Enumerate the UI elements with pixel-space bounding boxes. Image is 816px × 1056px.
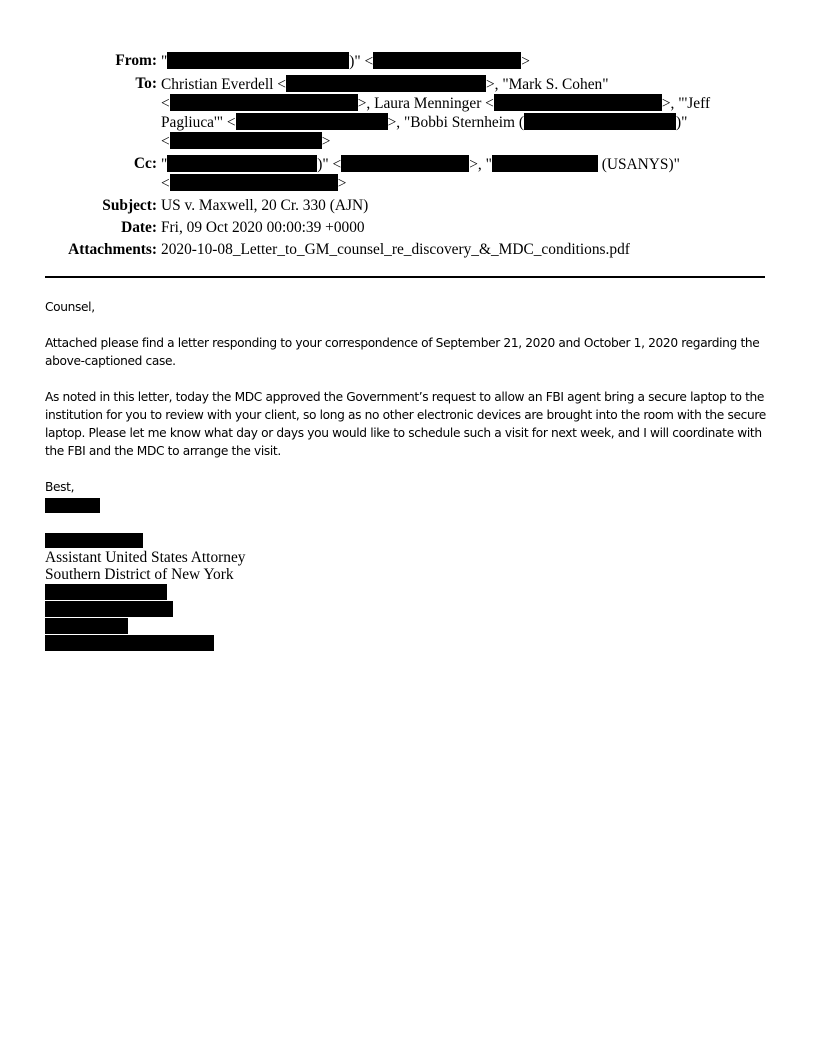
date-label: Date:	[0, 219, 161, 237]
email-body: Counsel, Attached please find a letter r…	[45, 298, 770, 496]
redaction	[286, 75, 486, 92]
redaction	[170, 94, 358, 111]
to-row: To: Christian Everdell <>, "Mark S. Cohe…	[0, 75, 816, 151]
redaction	[170, 132, 322, 149]
redaction	[373, 52, 521, 69]
redaction	[45, 584, 167, 600]
redaction	[341, 155, 469, 172]
from-label: From:	[0, 52, 161, 71]
subject-value: US v. Maxwell, 20 Cr. 330 (AJN)	[161, 197, 721, 215]
redaction	[524, 113, 676, 130]
from-row: From: ")" <>	[0, 52, 816, 71]
signature-office: Southern District of New York	[45, 567, 234, 583]
cc-label: Cc:	[0, 155, 161, 193]
from-value: ")" <>	[161, 52, 721, 71]
attachments-row: Attachments: 2020-10-08_Letter_to_GM_cou…	[0, 241, 816, 259]
attachments-label: Attachments:	[0, 241, 161, 259]
signature-title: Assistant United States Attorney	[45, 550, 246, 566]
email-header: From: ")" <> To: Christian Everdell <>, …	[0, 52, 816, 263]
date-row: Date: Fri, 09 Oct 2020 00:00:39 +0000	[0, 219, 816, 237]
redaction	[45, 635, 214, 651]
redaction	[45, 601, 173, 617]
greeting: Counsel,	[45, 298, 770, 316]
redaction	[494, 94, 662, 111]
redaction	[170, 174, 338, 191]
cc-row: Cc: ")" <>, " (USANYS)" <>	[0, 155, 816, 193]
cc-value: ")" <>, " (USANYS)" <>	[161, 155, 721, 193]
redaction	[167, 52, 349, 69]
redaction	[45, 618, 128, 634]
redaction	[167, 155, 317, 172]
to-label: To:	[0, 75, 161, 151]
subject-label: Subject:	[0, 197, 161, 215]
redaction	[236, 113, 388, 130]
subject-row: Subject: US v. Maxwell, 20 Cr. 330 (AJN)	[0, 197, 816, 215]
redaction	[45, 498, 100, 513]
redaction	[492, 155, 598, 172]
date-value: Fri, 09 Oct 2020 00:00:39 +0000	[161, 219, 721, 237]
body-paragraph-1: Attached please find a letter responding…	[45, 334, 770, 370]
to-value: Christian Everdell <>, "Mark S. Cohen" <…	[161, 75, 721, 151]
closing: Best,	[45, 478, 770, 496]
attachment-link[interactable]: 2020-10-08_Letter_to_GM_counsel_re_disco…	[161, 241, 721, 259]
redaction	[45, 533, 143, 548]
body-paragraph-2: As noted in this letter, today the MDC a…	[45, 388, 770, 460]
header-divider	[45, 276, 765, 278]
